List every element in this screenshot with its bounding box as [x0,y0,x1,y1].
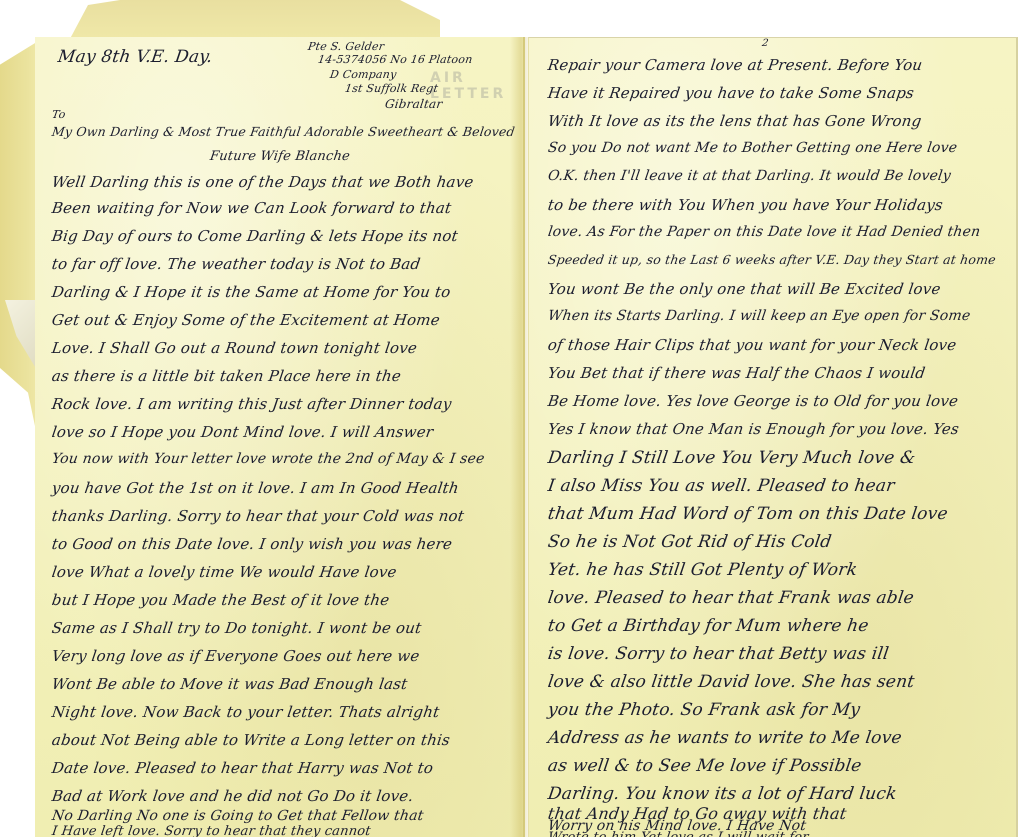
body-line: but I Hope you Made the Best of it love … [51,591,391,609]
body-line: Been waiting for Now we Can Look forward… [51,199,453,217]
body-line: as there is a little bit taken Place her… [51,367,403,385]
envelope-flap-left [0,40,40,450]
body-line: Date love. Pleased to hear that Harry wa… [51,759,435,777]
body-line: to Good on this Date love. I only wish y… [51,535,454,553]
body-line: about Not Being able to Write a Long let… [51,731,452,749]
date-line: May 8th V.E. Day. [57,47,214,67]
body-line: I also Miss You as well. Pleased to hear [547,476,896,496]
body-line: as well & to See Me love if Possible [547,756,863,776]
body-line: is love. Sorry to hear that Betty was il… [547,644,891,664]
body-line: of those Hair Clips that you want for yo… [547,336,958,354]
body-line: Darling I Still Love You Very Much love … [547,448,917,468]
body-line: Night love. Now Back to your letter. Tha… [51,703,441,721]
body-line: So you Do not want Me to Bother Getting … [547,140,958,156]
body-line: No Darling No one is Going to Get that F… [51,808,425,824]
salutation: My Own Darling & Most True Faithful Ador… [51,124,516,139]
body-line: Very long love as if Everyone Goes out h… [51,647,421,665]
air-letter-stamp: AIR LETTER [430,70,520,120]
body-line: Yet. he has Still Got Plenty of Work [547,560,859,580]
body-line: You Bet that if there was Half the Chaos… [547,364,927,382]
sender-company: D Company [329,68,397,81]
body-line: Repair your Camera love at Present. Befo… [547,56,924,74]
body-line: With It love as its the lens that has Go… [547,112,923,130]
body-line: Darling & I Hope it is the Same at Home … [51,283,452,301]
sender-location: Gibraltar [384,97,443,111]
body-line: Rock love. I am writing this Just after … [51,395,453,413]
body-line: Big Day of ours to Come Darling & lets H… [51,227,459,245]
body-line: Wont Be able to Move it was Bad Enough l… [51,675,409,693]
body-line: Love. I Shall Go out a Round town tonigh… [51,339,419,357]
body-line: So he is Not Got Rid of His Cold [547,532,833,552]
body-line: O.K. then I'll leave it at that Darling.… [547,168,952,184]
page-marker: 2 [761,38,769,49]
body-line: Well Darling this is one of the Days tha… [51,173,475,191]
body-line: Darling. You know its a lot of Hard luck [547,784,898,804]
body-line: Yes I know that One Man is Enough for yo… [547,420,960,438]
body-line: you have Got the 1st on it love. I am In… [51,479,460,497]
body-line: Speeded it up, so the Last 6 weeks after… [547,252,997,267]
body-line: Bad at Work love and he did not Go Do it… [51,787,415,805]
body-line: thanks Darling. Sorry to hear that your … [51,507,466,525]
body-line: Get out & Enjoy Some of the Excitement a… [51,311,441,329]
salutation-recipient: Future Wife Blanche [209,149,351,164]
body-line: to far off love. The weather today is No… [51,255,422,273]
body-line: You wont Be the only one that will Be Ex… [547,280,942,298]
body-line: Be Home love. Yes love George is to Old … [547,392,960,410]
body-line: to Get a Birthday for Mum where he [547,616,870,636]
body-line: You now with Your letter love wrote the … [51,451,486,467]
body-line: Same as I Shall try to Do tonight. I won… [51,619,423,637]
body-line: I Have left love. Sorry to hear that the… [51,824,372,837]
body-line: to be there with You When you have Your … [547,196,944,214]
body-line: that Mum Had Word of Tom on this Date lo… [547,504,949,524]
body-line: When its Starts Darling. I will keep an … [547,308,972,324]
body-line: love. Pleased to hear that Frank was abl… [547,588,916,608]
salutation-prefix: To [51,108,66,121]
body-line: love so I Hope you Dont Mind love. I wil… [51,423,435,441]
body-line: love & also little David love. She has s… [547,672,916,692]
letter-scan: AIR LETTER May 8th V.E. Day. Pte S. Geld… [0,0,1024,837]
sender-number-platoon: 14-5374056 No 16 Platoon [317,53,473,66]
body-line: Address as he wants to write to Me love [547,728,904,748]
body-line: love. As For the Paper on this Date love… [547,224,982,240]
body-line: Wrote to him Yet love as I will wait for [547,830,810,837]
sender-name: Pte S. Gelder [307,40,385,53]
body-line: you the Photo. So Frank ask for My [547,700,862,720]
sender-regiment: 1st Suffolk Regt [344,82,439,95]
body-line: love What a lovely time We would Have lo… [51,563,398,581]
body-line: Have it Repaired you have to take Some S… [547,84,916,102]
